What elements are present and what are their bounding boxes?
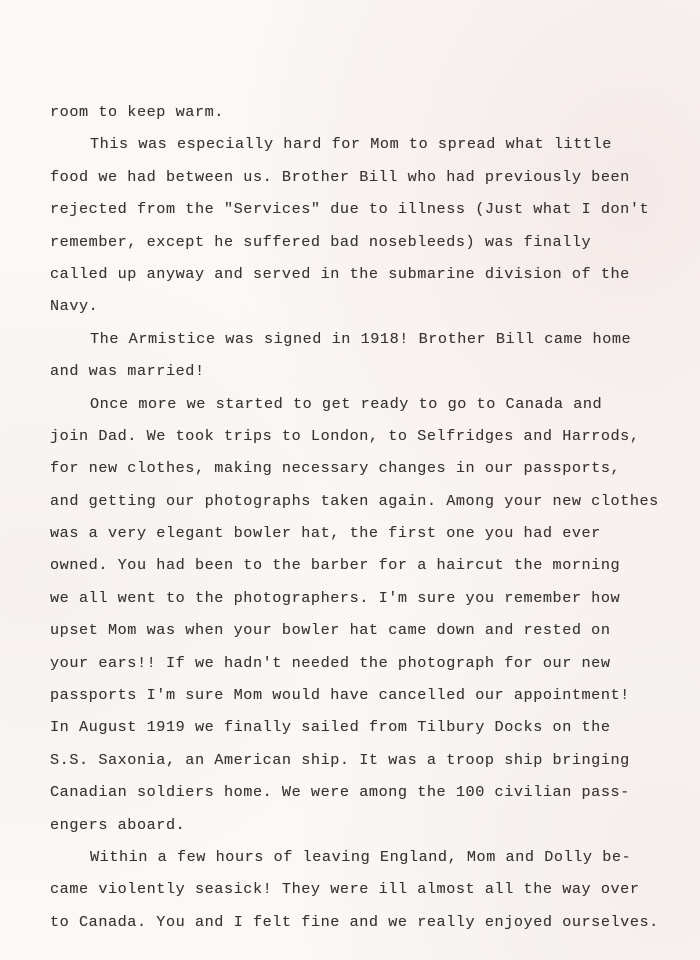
text-line: called up anyway and served in the subma… [50,258,690,290]
text-line: The Armistice was signed in 1918! Brothe… [50,323,690,355]
text-line: passports I'm sure Mom would have cancel… [50,679,690,711]
text-line: Navy. [50,290,690,322]
text-line: join Dad. We took trips to London, to Se… [50,420,690,452]
paragraph: room to keep warm. [50,96,690,128]
paragraph: Once more we started to get ready to go … [50,388,690,841]
paragraph: Within a few hours of leaving England, M… [50,841,690,938]
text-line: for new clothes, making necessary change… [50,452,690,484]
text-line: came violently seasick! They were ill al… [50,873,690,905]
text-line: we all went to the photographers. I'm su… [50,582,690,614]
text-line: Canadian soldiers home. We were among th… [50,776,690,808]
paragraph: The Armistice was signed in 1918! Brothe… [50,323,690,388]
text-line: Within a few hours of leaving England, M… [50,841,690,873]
text-line: to Canada. You and I felt fine and we re… [50,906,690,938]
typewritten-page: room to keep warm.This was especially ha… [0,0,700,960]
text-line: and getting our photographs taken again.… [50,485,690,517]
text-line: S.S. Saxonia, an American ship. It was a… [50,744,690,776]
text-line: remember, except he suffered bad noseble… [50,226,690,258]
text-line: In August 1919 we finally sailed from Ti… [50,711,690,743]
text-line: Once more we started to get ready to go … [50,388,690,420]
paragraph: This was especially hard for Mom to spre… [50,128,690,322]
text-line: engers aboard. [50,809,690,841]
text-line: This was especially hard for Mom to spre… [50,128,690,160]
document-body: room to keep warm.This was especially ha… [50,96,690,938]
text-line: upset Mom was when your bowler hat came … [50,614,690,646]
text-line: owned. You had been to the barber for a … [50,549,690,581]
text-line: was a very elegant bowler hat, the first… [50,517,690,549]
text-line: and was married! [50,355,690,387]
text-line: rejected from the "Services" due to illn… [50,193,690,225]
text-line: food we had between us. Brother Bill who… [50,161,690,193]
text-line: room to keep warm. [50,96,690,128]
text-line: your ears!! If we hadn't needed the phot… [50,647,690,679]
